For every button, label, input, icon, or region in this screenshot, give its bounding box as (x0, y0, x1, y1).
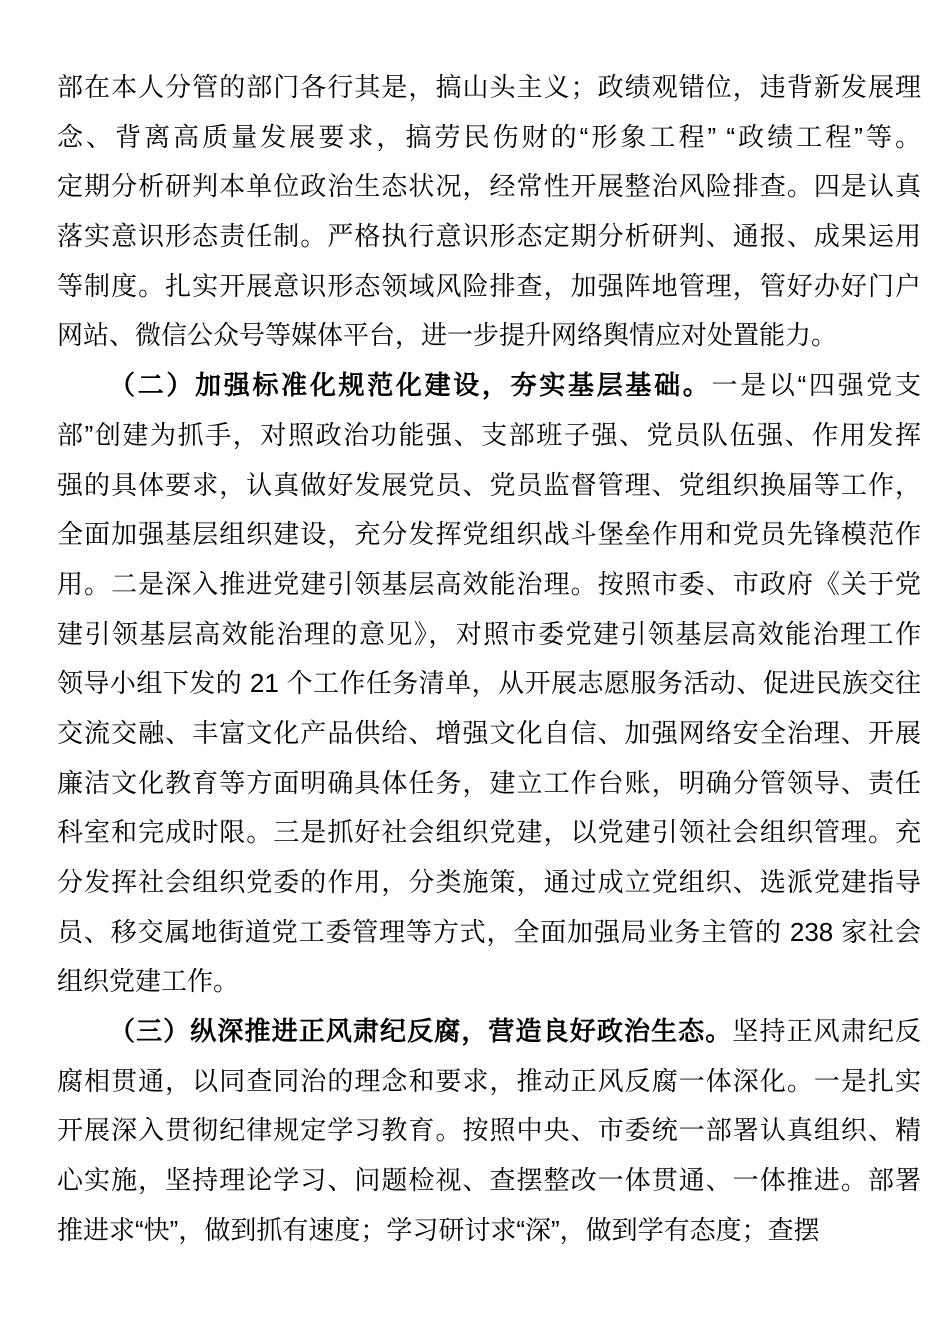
body-text: 腐相贯通，以同查同治的理念和要求，推动正风反腐一体深化。一是扎实 (57, 1066, 921, 1096)
body-text: 部在本人分管的部门各行其是，搞山头主义；政绩观错位，违背新发展理 (57, 72, 921, 102)
body-text: 分发挥社会组织党委的作用，分类施策，通过成立党组织、选派党建指导 (57, 867, 921, 897)
body-text: 用。二是深入推进党建引领基层高效能治理。按照市委、市政府《关于党 (57, 569, 921, 599)
document-line: 建引领基层高效能治理的意见》，对照市委党建引领基层高效能治理工作 (57, 610, 921, 660)
body-text: 网站、微信公众号等媒体平台，进一步提升网络舆情应对处置能力。 (57, 320, 837, 350)
body-text: 员、移交属地街道党工委管理等方式，全面加强局业务主管的 238 家社会 (57, 917, 921, 947)
body-text: 念、背离高质量发展要求，搞劳民伤财的“形象工程” “政绩工程”等。 (57, 122, 921, 152)
body-text: 强的具体要求，认真做好发展党员、党员监督管理、党组织换届等工作， (57, 470, 921, 500)
document-line: 强的具体要求，认真做好发展党员、党员监督管理、党组织换届等工作， (57, 461, 921, 511)
body-text: 建引领基层高效能治理的意见》，对照市委党建引领基层高效能治理工作 (57, 619, 921, 649)
document-line: 组织党建工作。 (57, 957, 921, 1007)
section-heading-text: （二）加强标准化规范化建设，夯实基层基础。 (109, 370, 712, 400)
document-line: 定期分析研判本单位政治生态状况，经常性开展整治风险排查。四是认真 (57, 162, 921, 212)
document-line: 部在本人分管的部门各行其是，搞山头主义；政绩观错位，违背新发展理 (57, 63, 921, 113)
paragraph-section-2: （二）加强标准化规范化建设，夯实基层基础。一是以“四强党支部”创建为抓手，对照政… (57, 361, 921, 1007)
document-line: （二）加强标准化规范化建设，夯实基层基础。一是以“四强党支 (57, 361, 921, 411)
document-line: 落实意识形态责任制。严格执行意识形态定期分析研判、通报、成果运用 (57, 212, 921, 262)
document-line: 部”创建为抓手，对照政治功能强、支部班子强、党员队伍强、作用发挥 (57, 411, 921, 461)
document-line: 念、背离高质量发展要求，搞劳民伤财的“形象工程” “政绩工程”等。 (57, 113, 921, 163)
document-line: 心实施，坚持理论学习、问题检视、查摆整改一体贯通、一体推进。部署 (57, 1156, 921, 1206)
body-text: 坚持正风肃纪反 (732, 1016, 921, 1046)
document-line: 腐相贯通，以同查同治的理念和要求，推动正风反腐一体深化。一是扎实 (57, 1057, 921, 1107)
body-text: 领导小组下发的 21 个工作任务清单，从开展志愿服务活动、促进民族交往 (57, 668, 921, 698)
section-heading-text: （三）纵深推进正风肃纪反腐，营造良好政治生态。 (109, 1016, 732, 1046)
document-line: 分发挥社会组织党委的作用，分类施策，通过成立党组织、选派党建指导 (57, 858, 921, 908)
body-text: 推进求“快”，做到抓有速度；学习研讨求“深”，做到学有态度；查摆 (57, 1215, 820, 1245)
body-text: 廉洁文化教育等方面明确具体任务，建立工作台账，明确分管领导、责任 (57, 768, 921, 798)
document-line: 全面加强基层组织建设，充分发挥党组织战斗堡垒作用和党员先锋模范作 (57, 510, 921, 560)
body-text: 组织党建工作。 (57, 966, 239, 996)
document-line: 廉洁文化教育等方面明确具体任务，建立工作台账，明确分管领导、责任 (57, 759, 921, 809)
document-page: { "page": { "background_color": "#ffffff… (0, 0, 950, 1344)
paragraph-section-3: （三）纵深推进正风肃纪反腐，营造良好政治生态。坚持正风肃纪反腐相贯通，以同查同治… (57, 1007, 921, 1255)
document-line: （三）纵深推进正风肃纪反腐，营造良好政治生态。坚持正风肃纪反 (57, 1007, 921, 1057)
document-line: 推进求“快”，做到抓有速度；学习研讨求“深”，做到学有态度；查摆 (57, 1206, 921, 1256)
document-line: 网站、微信公众号等媒体平台，进一步提升网络舆情应对处置能力。 (57, 311, 921, 361)
body-text: 等制度。扎实开展意识形态领域风险排查，加强阵地管理，管好办好门户 (57, 271, 921, 301)
body-text: 落实意识形态责任制。严格执行意识形态定期分析研判、通报、成果运用 (57, 221, 921, 251)
body-text: 定期分析研判本单位政治生态状况，经常性开展整治风险排查。四是认真 (57, 171, 921, 201)
paragraph-continuation: 部在本人分管的部门各行其是，搞山头主义；政绩观错位，违背新发展理念、背离高质量发… (57, 63, 921, 361)
document-line: 员、移交属地街道党工委管理等方式，全面加强局业务主管的 238 家社会 (57, 908, 921, 958)
body-text: 部”创建为抓手，对照政治功能强、支部班子强、党员队伍强、作用发挥 (57, 420, 921, 450)
document-line: 领导小组下发的 21 个工作任务清单，从开展志愿服务活动、促进民族交往 (57, 659, 921, 709)
document-line: 开展深入贯彻纪律规定学习教育。按照中央、市委统一部署认真组织、精 (57, 1106, 921, 1156)
document-line: 用。二是深入推进党建引领基层高效能治理。按照市委、市政府《关于党 (57, 560, 921, 610)
document-line: 科室和完成时限。三是抓好社会组织党建，以党建引领社会组织管理。充 (57, 808, 921, 858)
body-text: 交流交融、丰富文化产品供给、增强文化自信、加强网络安全治理、开展 (57, 718, 921, 748)
document-body[interactable]: 部在本人分管的部门各行其是，搞山头主义；政绩观错位，违背新发展理念、背离高质量发… (0, 0, 950, 1344)
document-line: 等制度。扎实开展意识形态领域风险排查，加强阵地管理，管好办好门户 (57, 262, 921, 312)
body-text: 全面加强基层组织建设，充分发挥党组织战斗堡垒作用和党员先锋模范作 (57, 519, 921, 549)
body-text: 心实施，坚持理论学习、问题检视、查摆整改一体贯通、一体推进。部署 (57, 1165, 921, 1195)
body-text: 一是以“四强党支 (712, 370, 922, 400)
body-text: 开展深入贯彻纪律规定学习教育。按照中央、市委统一部署认真组织、精 (57, 1115, 921, 1145)
body-text: 科室和完成时限。三是抓好社会组织党建，以党建引领社会组织管理。充 (57, 817, 921, 847)
document-line: 交流交融、丰富文化产品供给、增强文化自信、加强网络安全治理、开展 (57, 709, 921, 759)
